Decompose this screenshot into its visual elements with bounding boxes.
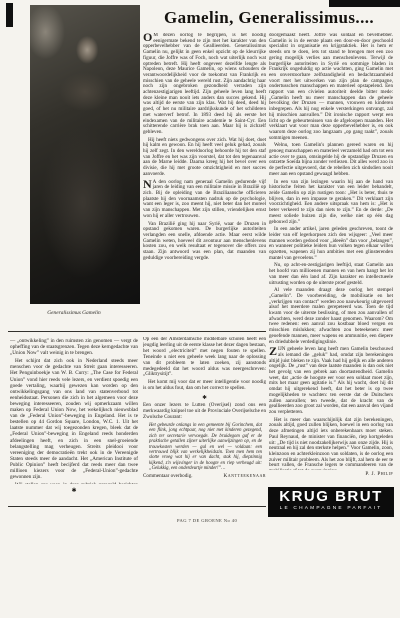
column-paragraph: Het komt mij voor dat er meer intelligen…: [143, 380, 266, 392]
page-footer-info: PAG 7 DE GROENE No 40: [177, 518, 237, 523]
article-paragraph: In een ander artikel, jaren geleden gesc…: [269, 227, 393, 261]
closing-remark: Commentaar overbodig.: [143, 474, 193, 480]
article-title: Gamelin, Generalissimus....: [144, 8, 394, 28]
column-paragraph: Op een der Amsterdamsche middelbare scho…: [143, 337, 266, 378]
star-divider-icon: ✱: [10, 487, 138, 494]
gamelin-portrait-photo: [30, 5, 140, 304]
newspaper-clipping-quote: Het gebeurde onlangs in een gemeente bij…: [149, 423, 262, 472]
champagne-advertisement: KRUG BRUT LE CHAMPAGNE PARFAIT: [268, 487, 394, 517]
scan-mark-top-bar-icon: [329, 0, 400, 7]
column-paragraph: Een onzer lezers te Lutten (Overijsel) z…: [143, 403, 266, 421]
article-paragraph: Al vele maanden draagt deze oorlog het s…: [269, 288, 393, 345]
federal-union-column: — „ontwikkeling” in den ruimsten zin gen…: [10, 338, 138, 484]
article-paragraph: ZIJN geheele leven lang heeft men Gameli…: [269, 347, 393, 415]
ad-brand-name: KRUG BRUT: [268, 488, 394, 506]
gamelin-article-column-2: doorgemaakt heeft. Joffre was soldaat en…: [269, 33, 393, 470]
section-divider-rule: [8, 331, 266, 332]
article-paragraph: NA den oorlog nam generaal Gamelin gedur…: [143, 180, 266, 220]
ad-tagline: LE CHAMPAGNE PARFAIT: [268, 506, 394, 512]
column-closing-row: Commentaar overbodig. Kantteekenaar: [143, 474, 266, 480]
star-divider-icon: ✱: [143, 394, 266, 402]
gamelin-article-column-1: OM dezen oorlog te begrijpen, is het noo…: [143, 33, 266, 329]
article-paragraph: OM dezen oorlog te begrijpen, is het noo…: [143, 33, 266, 136]
article-paragraph: Het schijnt dat zich ook in Nederland st…: [10, 358, 138, 480]
author-signature: P. J. Philip: [269, 471, 393, 477]
bottom-divider-rule: [8, 506, 266, 507]
scan-mark-left-icon: [6, 3, 13, 27]
article-paragraph: Het is meer dan waarschijnlijk dat zijn …: [269, 418, 393, 470]
photo-caption: Generalissimus Gamelin: [8, 310, 140, 316]
columnist-signature: Kantteekenaar: [224, 474, 266, 480]
article-paragraph: Nu, op acht-en-zestigjarigen leeftijd, s…: [269, 263, 393, 286]
article-paragraph: In een van zijn lezingen waarin hij aan …: [269, 180, 393, 226]
article-paragraph: Wij stellen ons voor, in deze rubriek ge…: [10, 482, 138, 484]
article-paragraph: Hij heeft niets gedwongens over zich. Wa…: [143, 138, 266, 178]
kantteekenaar-column: Op een der Amsterdamsche middelbare scho…: [143, 337, 266, 483]
magazine-page: Generalissimus Gamelin Gamelin, Generali…: [0, 0, 400, 618]
article-paragraph: Van Brazilië ging hij naar Syrië, waar d…: [143, 222, 266, 262]
article-paragraph: — „ontwikkeling” in den ruimsten zin gen…: [10, 338, 138, 356]
article-paragraph: doorgemaakt heeft. Joffre was soldaat en…: [269, 33, 393, 141]
article-paragraph: Welnu, toen Gamelin's plannen gereed war…: [269, 143, 393, 177]
